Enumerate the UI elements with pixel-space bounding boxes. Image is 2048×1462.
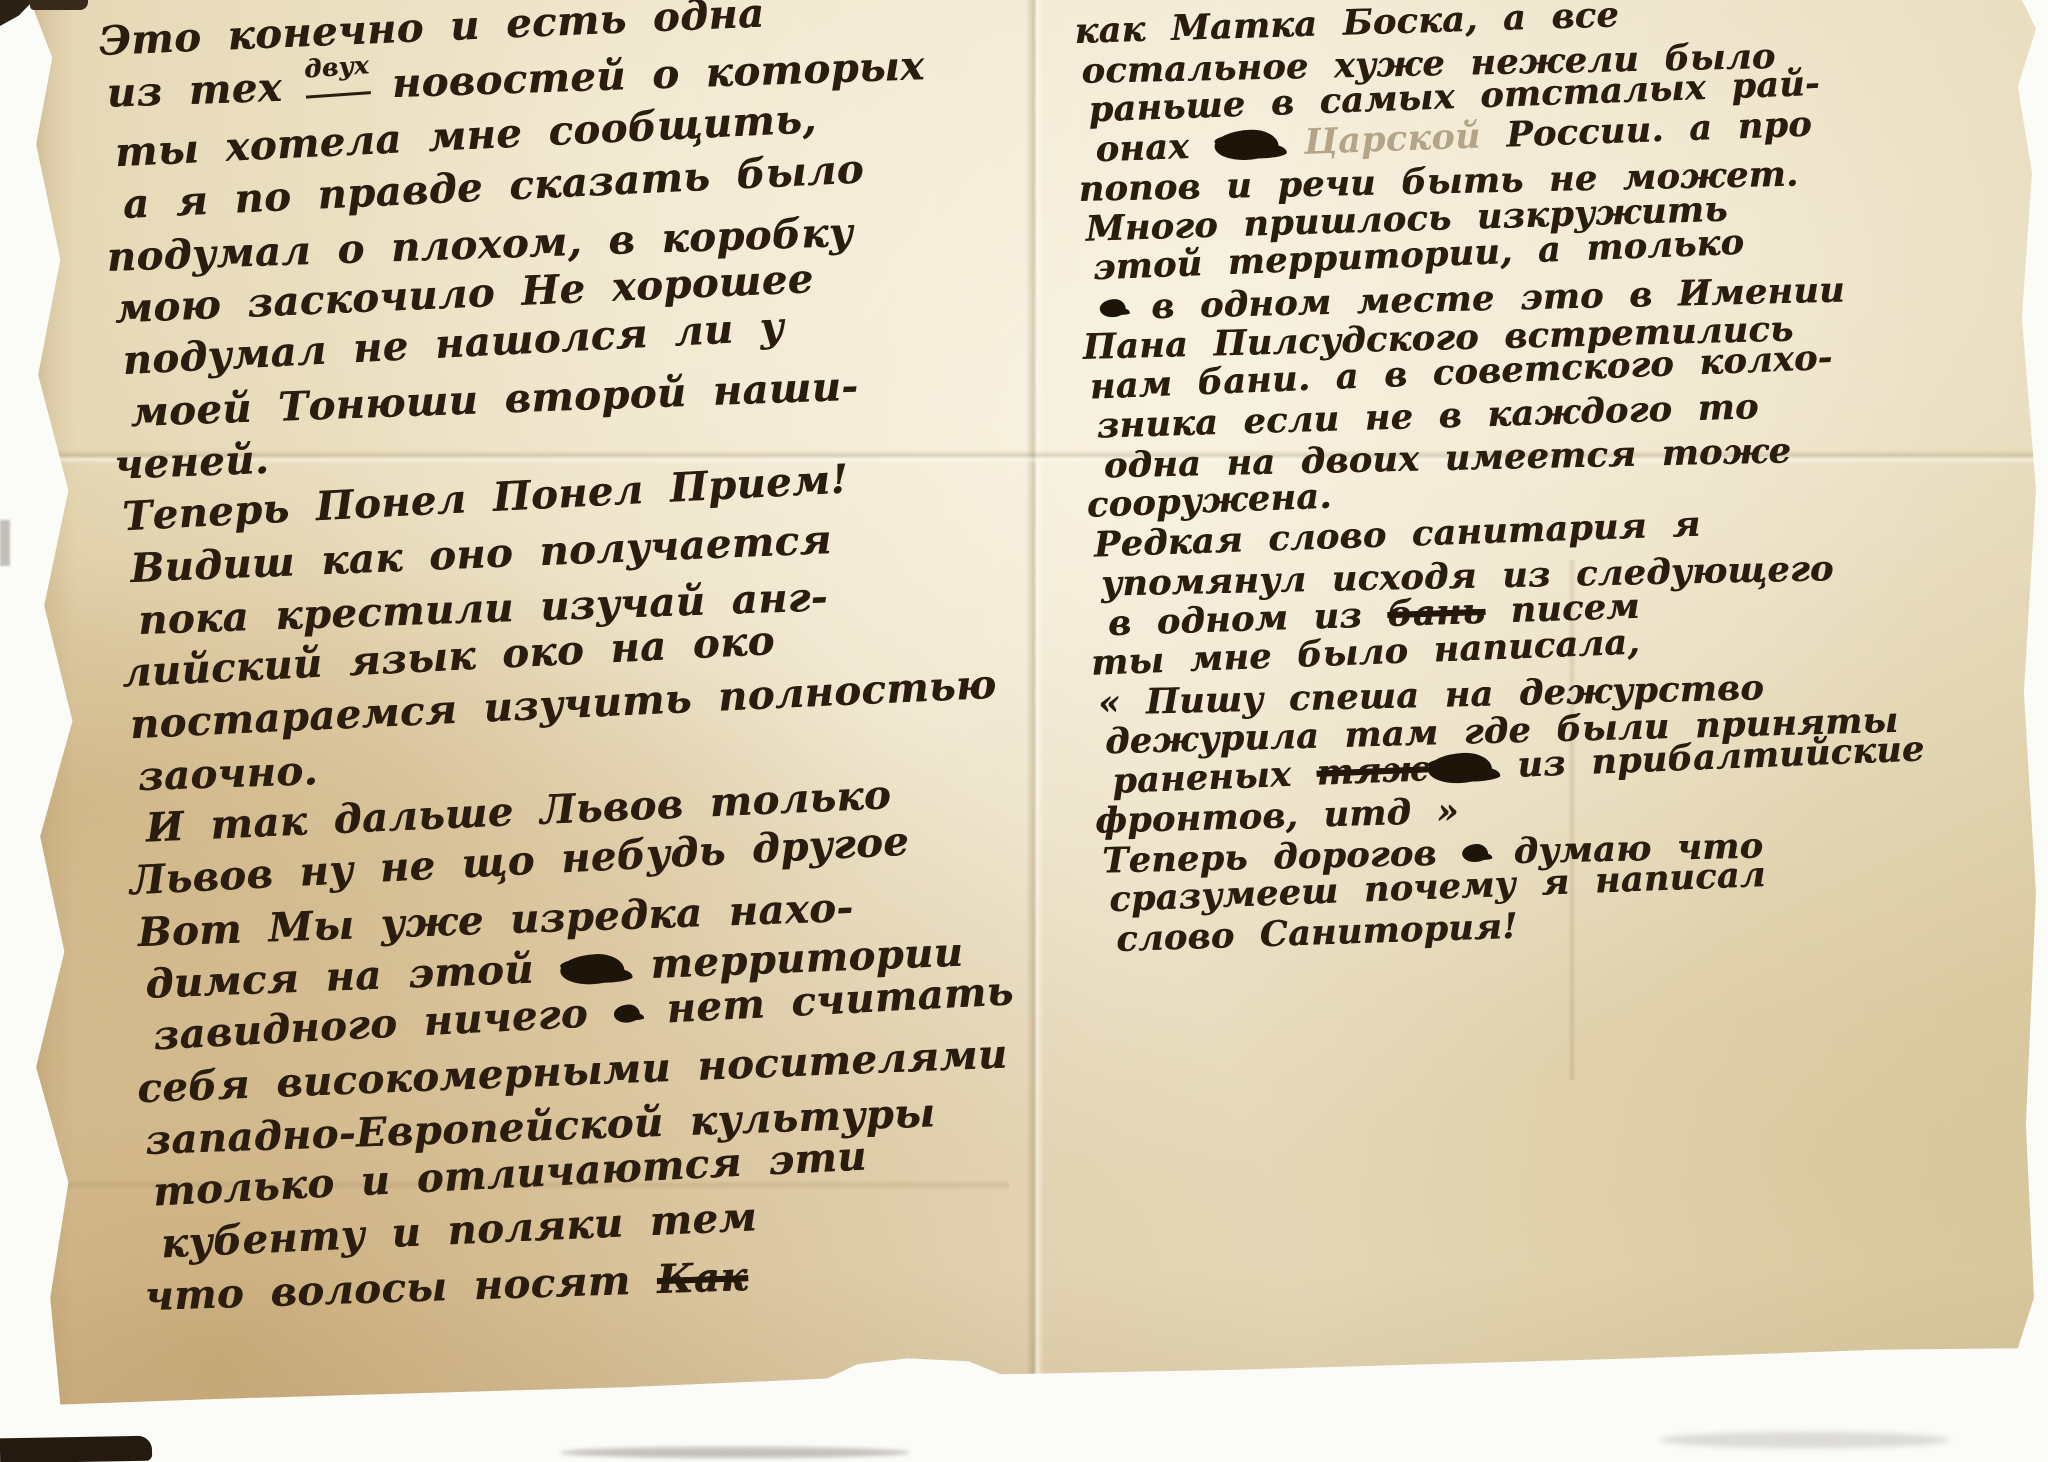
handwriting-text: заочно. — [137, 747, 318, 800]
right-page: как Матка Боска, а всеостальное хуже неж… — [1074, 0, 2048, 960]
struck-word: Как — [656, 1253, 748, 1303]
ink-blot — [1100, 298, 1126, 317]
scan-debris-bottom-left — [0, 1436, 152, 1462]
ink-blot — [1214, 128, 1279, 160]
paper-left-edge-shadow — [20, 0, 76, 1442]
ink-blot — [1462, 843, 1488, 862]
handwriting-text: раненых — [1111, 752, 1317, 801]
letter-paper: Это конечно и есть однаиз тех двух новос… — [20, 0, 2038, 1442]
scan-debris-left-edge — [0, 520, 10, 566]
scan-debris-top-edge — [30, 0, 88, 10]
ink-blot — [560, 953, 625, 986]
scan-smudge-bottom-right — [1660, 1432, 1950, 1448]
ink-blot — [614, 1004, 641, 1023]
left-page: Это конечно и есть однаиз тех двух новос… — [98, 0, 1045, 1323]
handwriting-text: онах — [1095, 125, 1215, 170]
handwriting-text: ченей. — [114, 436, 270, 489]
ink-blot — [1427, 751, 1492, 784]
faded-word: Царской — [1278, 115, 1482, 163]
scan-smudge-bottom-center — [560, 1447, 910, 1458]
scan-debris-top-left — [0, 0, 34, 26]
scanned-letter-photo: { "document": { "kind": "handwritten-let… — [0, 0, 2048, 1462]
handwriting-text: из тех — [106, 63, 309, 117]
struck-word: тяж — [1316, 748, 1429, 793]
inserted-word: двух — [302, 39, 371, 98]
